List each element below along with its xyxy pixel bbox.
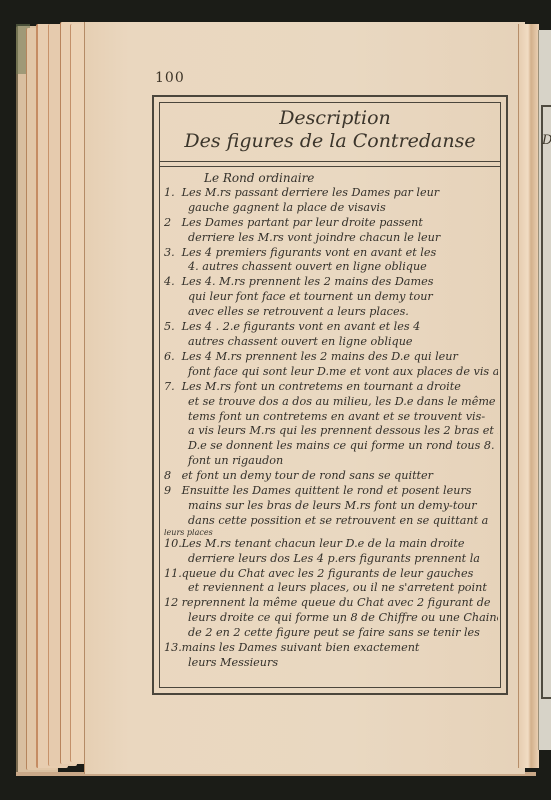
title-divider xyxy=(160,166,500,167)
text-line: gauche gagnent la place de visavis xyxy=(164,201,498,216)
text-line: 6. Les 4 M.rs prennent les 2 mains des D… xyxy=(164,350,498,365)
engraved-frame: Description Des figures de la Contredans… xyxy=(152,95,508,695)
step-number: 6. xyxy=(164,350,178,365)
step-number: 8 xyxy=(164,469,178,484)
text-line: de 2 en 2 cette figure peut se faire san… xyxy=(164,626,498,641)
text-line: leurs Messieurs xyxy=(164,656,498,671)
text-line: 7. Les M.rs font un contretems en tourna… xyxy=(164,380,498,395)
line-text: autres chassent ouvert en ligne oblique xyxy=(188,335,413,348)
margin-note: leurs places xyxy=(164,529,498,537)
line-text: avec elles se retrouvent a leurs places. xyxy=(188,305,409,318)
line-text: Les 4 M.rs prennent les 2 mains des D.e … xyxy=(182,350,458,363)
book-gutter xyxy=(518,24,539,768)
line-text: D.e se donnent les mains ce qui forme un… xyxy=(188,439,495,452)
page-number: 100 xyxy=(155,70,185,86)
right-page-frame xyxy=(541,105,551,699)
line-text: de 2 en 2 cette figure peut se faire san… xyxy=(188,626,480,639)
line-text: mains sur les bras de leurs M.rs font un… xyxy=(188,499,477,512)
text-line: font un rigaudon xyxy=(164,454,498,469)
line-text: dans cette possition et se retrouvent en… xyxy=(188,514,488,527)
step-number: 2 xyxy=(164,216,178,231)
text-line: 4. Les 4. M.rs prennent les 2 mains des … xyxy=(164,275,498,290)
step-number: 4. xyxy=(164,275,178,290)
book-photo: 100 De Description Des figures de la Con… xyxy=(0,0,551,800)
title-box: Description Des figures de la Contredans… xyxy=(160,103,500,162)
line-text: leurs droite ce qui forme un 8 de Chiffr… xyxy=(188,611,498,624)
step-number: 9 xyxy=(164,484,178,499)
right-page-title-fragment: De xyxy=(542,133,551,148)
frame-inner-border: Description Des figures de la Contredans… xyxy=(159,102,501,688)
text-line: a vis leurs M.rs qui les prennent dessou… xyxy=(164,424,498,439)
line-text: gauche gagnent la place de visavis xyxy=(188,201,386,214)
text-line: derriere les M.rs vont joindre chacun le… xyxy=(164,231,498,246)
text-line: 1. Les M.rs passant derriere les Dames p… xyxy=(164,186,498,201)
description-lines: 1. Les M.rs passant derriere les Dames p… xyxy=(164,186,498,671)
text-line: 2 Les Dames partant par leur droite pass… xyxy=(164,216,498,231)
line-text: reprennent la même queue du Chat avec 2 … xyxy=(182,596,491,609)
section-heading: Le Rond ordinaire xyxy=(164,171,498,186)
line-text: Ensuitte les Dames quittent le rond et p… xyxy=(182,484,472,497)
line-text: et reviennent a leurs places, ou il ne s… xyxy=(188,581,487,594)
line-text: Les M.rs tenant chacun leur D.e de la ma… xyxy=(182,537,465,550)
line-text: font un rigaudon xyxy=(188,454,283,467)
text-line: avec elles se retrouvent a leurs places. xyxy=(164,305,498,320)
step-number: 3. xyxy=(164,246,178,261)
line-text: Les 4 premiers figurants vont en avant e… xyxy=(182,246,437,259)
step-number: 1. xyxy=(164,186,178,201)
step-number: 10. xyxy=(164,537,178,552)
step-number: 13. xyxy=(164,641,178,656)
text-line: dans cette possition et se retrouvent en… xyxy=(164,514,498,529)
line-text: Les Dames partant par leur droite passen… xyxy=(182,216,423,229)
text-line: 8 et font un demy tour de rond sans se q… xyxy=(164,469,498,484)
line-text: derriere leurs dos Les 4 p.ers figurants… xyxy=(188,552,480,565)
line-text: qui leur font face et tournent un demy t… xyxy=(188,290,433,303)
line-text: Les 4. M.rs prennent les 2 mains des Dam… xyxy=(182,275,434,288)
line-text: a vis leurs M.rs qui les prennent dessou… xyxy=(188,424,498,437)
text-line: leurs droite ce qui forme un 8 de Chiffr… xyxy=(164,611,498,626)
line-text: mains les Dames suivant bien exactement xyxy=(182,641,420,654)
step-number: 5. xyxy=(164,320,178,335)
text-line: 12 reprennent la même queue du Chat avec… xyxy=(164,596,498,611)
title-line-1: Description xyxy=(160,107,500,129)
text-line: et se trouve dos a dos au milieu, les D.… xyxy=(164,395,498,410)
step-number: 12 xyxy=(164,596,178,611)
title-line-2: Des figures de la Contredanse xyxy=(160,130,500,152)
line-text: Les 4 . 2.e figurants vont en avant et l… xyxy=(182,320,421,333)
line-text: tems font un contretems en avant et se t… xyxy=(188,410,485,423)
text-line: 10. Les M.rs tenant chacun leur D.e de l… xyxy=(164,537,498,552)
line-text: leurs Messieurs xyxy=(188,656,278,669)
line-text: et font un demy tour de rond sans se qui… xyxy=(182,469,433,482)
line-text: Les M.rs passant derriere les Dames par … xyxy=(182,186,440,199)
text-line: 4. autres chassent ouvert en ligne obliq… xyxy=(164,260,498,275)
step-number: 7. xyxy=(164,380,178,395)
text-line: 11. queue du Chat avec les 2 figurants d… xyxy=(164,567,498,582)
text-line: tems font un contretems en avant et se t… xyxy=(164,410,498,425)
text-line: D.e se donnent les mains ce qui forme un… xyxy=(164,439,498,454)
line-text: Les M.rs font un contretems en tournant … xyxy=(182,380,461,393)
step-number: 11. xyxy=(164,567,178,582)
text-line: et reviennent a leurs places, ou il ne s… xyxy=(164,581,498,596)
text-line: autres chassent ouvert en ligne oblique xyxy=(164,335,498,350)
text-line: 3. Les 4 premiers figurants vont en avan… xyxy=(164,246,498,261)
line-text: font face qui sont leur D.me et vont aux… xyxy=(188,365,498,378)
text-line: font face qui sont leur D.me et vont aux… xyxy=(164,365,498,380)
text-line: 9 Ensuitte les Dames quittent le rond et… xyxy=(164,484,498,499)
text-line: qui leur font face et tournent un demy t… xyxy=(164,290,498,305)
line-text: derriere les M.rs vont joindre chacun le… xyxy=(188,231,440,244)
text-line: derriere leurs dos Les 4 p.ers figurants… xyxy=(164,552,498,567)
line-text: 4. autres chassent ouvert en ligne obliq… xyxy=(188,260,427,273)
text-line: 5. Les 4 . 2.e figurants vont en avant e… xyxy=(164,320,498,335)
text-line: mains sur les bras de leurs M.rs font un… xyxy=(164,499,498,514)
dance-description-text: Le Rond ordinaire 1. Les M.rs passant de… xyxy=(164,171,498,671)
line-text: et se trouve dos a dos au milieu, les D.… xyxy=(188,395,496,408)
text-line: 13. mains les Dames suivant bien exactem… xyxy=(164,641,498,656)
line-text: queue du Chat avec les 2 figurants de le… xyxy=(182,567,474,580)
